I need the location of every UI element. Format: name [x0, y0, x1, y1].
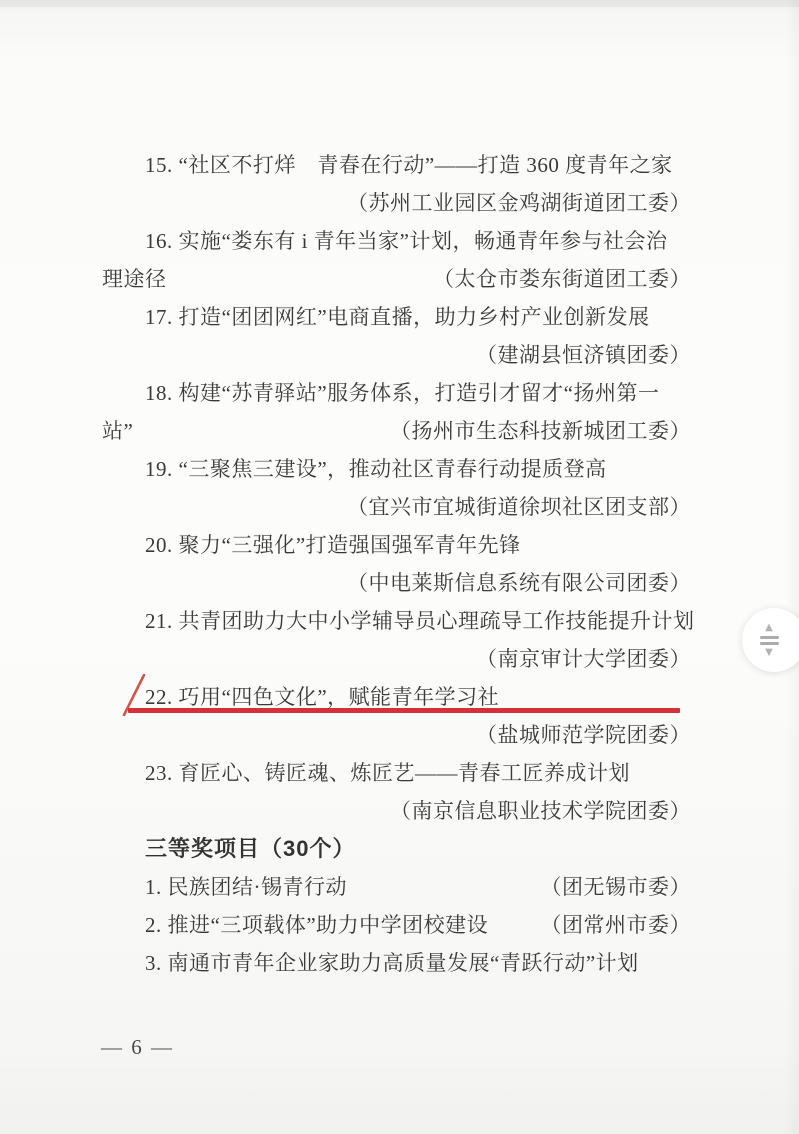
- document-line: 2. 推进“三项载体”助力中学团校建设 （团常州市委）: [102, 906, 691, 944]
- document-line: （苏州工业园区金鸡湖街道团工委）: [102, 184, 691, 222]
- line-text: （盐城师范学院团委）: [476, 716, 691, 754]
- scan-top-edge: [0, 0, 799, 7]
- line-text: 2. 推进“三项载体”助力中学团校建设: [102, 906, 488, 944]
- line-text: 20. 聚力“三强化”打造强国强军青年先锋: [102, 526, 521, 564]
- line-org-text: （扬州市生态科技新城团工委）: [390, 412, 691, 450]
- line-text: （南京审计大学团委）: [476, 640, 691, 678]
- scanned-document-page: 15. “社区不打烊 青春在行动”——打造 360 度青年之家 （苏州工业园区金…: [0, 0, 799, 1134]
- line-text: 站”: [102, 412, 133, 450]
- line-text: （建湖县恒济镇团委）: [476, 336, 691, 374]
- document-line: （南京信息职业技术学院团委）: [102, 792, 691, 830]
- line-text: 15. “社区不打烊 青春在行动”——打造 360 度青年之家: [102, 146, 673, 184]
- line-text: 18. 构建“苏青驿站”服务体系，打造引才留才“扬州第一: [102, 374, 659, 412]
- document-rows: 15. “社区不打烊 青春在行动”——打造 360 度青年之家 （苏州工业园区金…: [102, 146, 691, 982]
- line-text: 23. 育匠心、铸匠魂、炼匠艺——青春工匠养成计划: [102, 754, 630, 792]
- red-underline: [128, 708, 680, 713]
- document-line: 20. 聚力“三强化”打造强国强军青年先锋: [102, 526, 691, 564]
- line-text: （宜兴市宜城街道徐坝社区团支部）: [347, 488, 691, 526]
- document-line: 理途径 （太仓市娄东街道团工委）: [102, 260, 691, 298]
- document-line: 16. 实施“娄东有 i 青年当家”计划，畅通青年参与社会治: [102, 222, 691, 260]
- document-line: （盐城师范学院团委）: [102, 716, 691, 754]
- line-text: 1. 民族团结·锡青行动: [102, 868, 347, 906]
- document-line: （建湖县恒济镇团委）: [102, 336, 691, 374]
- chevron-up-icon: ▲: [765, 623, 773, 633]
- document-line: 19. “三聚焦三建设”，推动社区青春行动提质登高: [102, 450, 691, 488]
- document-line: 17. 打造“团团网红”电商直播，助力乡村产业创新发展: [102, 298, 691, 336]
- line-org-text: （团常州市委）: [541, 906, 692, 944]
- document-line: 1. 民族团结·锡青行动 （团无锡市委）: [102, 868, 691, 906]
- line-text: 三等奖项目（30个）: [102, 830, 355, 868]
- scan-right-edge-shade: [785, 0, 799, 1134]
- line-org-text: （太仓市娄东街道团工委）: [433, 260, 691, 298]
- document-line: 站” （扬州市生态科技新城团工委）: [102, 412, 691, 450]
- line-text: 16. 实施“娄东有 i 青年当家”计划，畅通青年参与社会治: [102, 222, 667, 260]
- document-line: （中电莱斯信息系统有限公司团委）: [102, 564, 691, 602]
- line-text: 3. 南通市青年企业家助力高质量发展“青跃行动”计划: [102, 944, 639, 982]
- document-line: 三等奖项目（30个）: [102, 830, 691, 868]
- document-line: （南京审计大学团委）: [102, 640, 691, 678]
- line-text: 理途径: [102, 260, 167, 298]
- handle-grip-bar: [760, 642, 779, 645]
- document-line: 18. 构建“苏青驿站”服务体系，打造引才留才“扬州第一: [102, 374, 691, 412]
- document-line: 21. 共青团助力大中小学辅导员心理疏导工作技能提升计划: [102, 602, 691, 640]
- document-line: 15. “社区不打烊 青春在行动”——打造 360 度青年之家: [102, 146, 691, 184]
- chevron-down-icon: ▼: [765, 648, 773, 658]
- line-text: 21. 共青团助力大中小学辅导员心理疏导工作技能提升计划: [102, 602, 695, 640]
- document-line: 22. 巧用“四色文化”，赋能青年学习社: [102, 678, 691, 716]
- line-text: （苏州工业园区金鸡湖街道团工委）: [347, 184, 691, 222]
- handle-grip-bar: [760, 636, 779, 639]
- document-line: 23. 育匠心、铸匠魂、炼匠艺——青春工匠养成计划: [102, 754, 691, 792]
- page-number: — 6 —: [101, 1035, 174, 1060]
- line-text: （南京信息职业技术学院团委）: [390, 792, 691, 830]
- line-text: 19. “三聚焦三建设”，推动社区青春行动提质登高: [102, 450, 607, 488]
- line-org-text: （团无锡市委）: [541, 868, 692, 906]
- line-text: （中电莱斯信息系统有限公司团委）: [347, 564, 691, 602]
- drag-scroll-handle[interactable]: ▲ ▼: [742, 608, 799, 672]
- line-text: 17. 打造“团团网红”电商直播，助力乡村产业创新发展: [102, 298, 650, 336]
- document-line: 3. 南通市青年企业家助力高质量发展“青跃行动”计划: [102, 944, 691, 982]
- document-line: （宜兴市宜城街道徐坝社区团支部）: [102, 488, 691, 526]
